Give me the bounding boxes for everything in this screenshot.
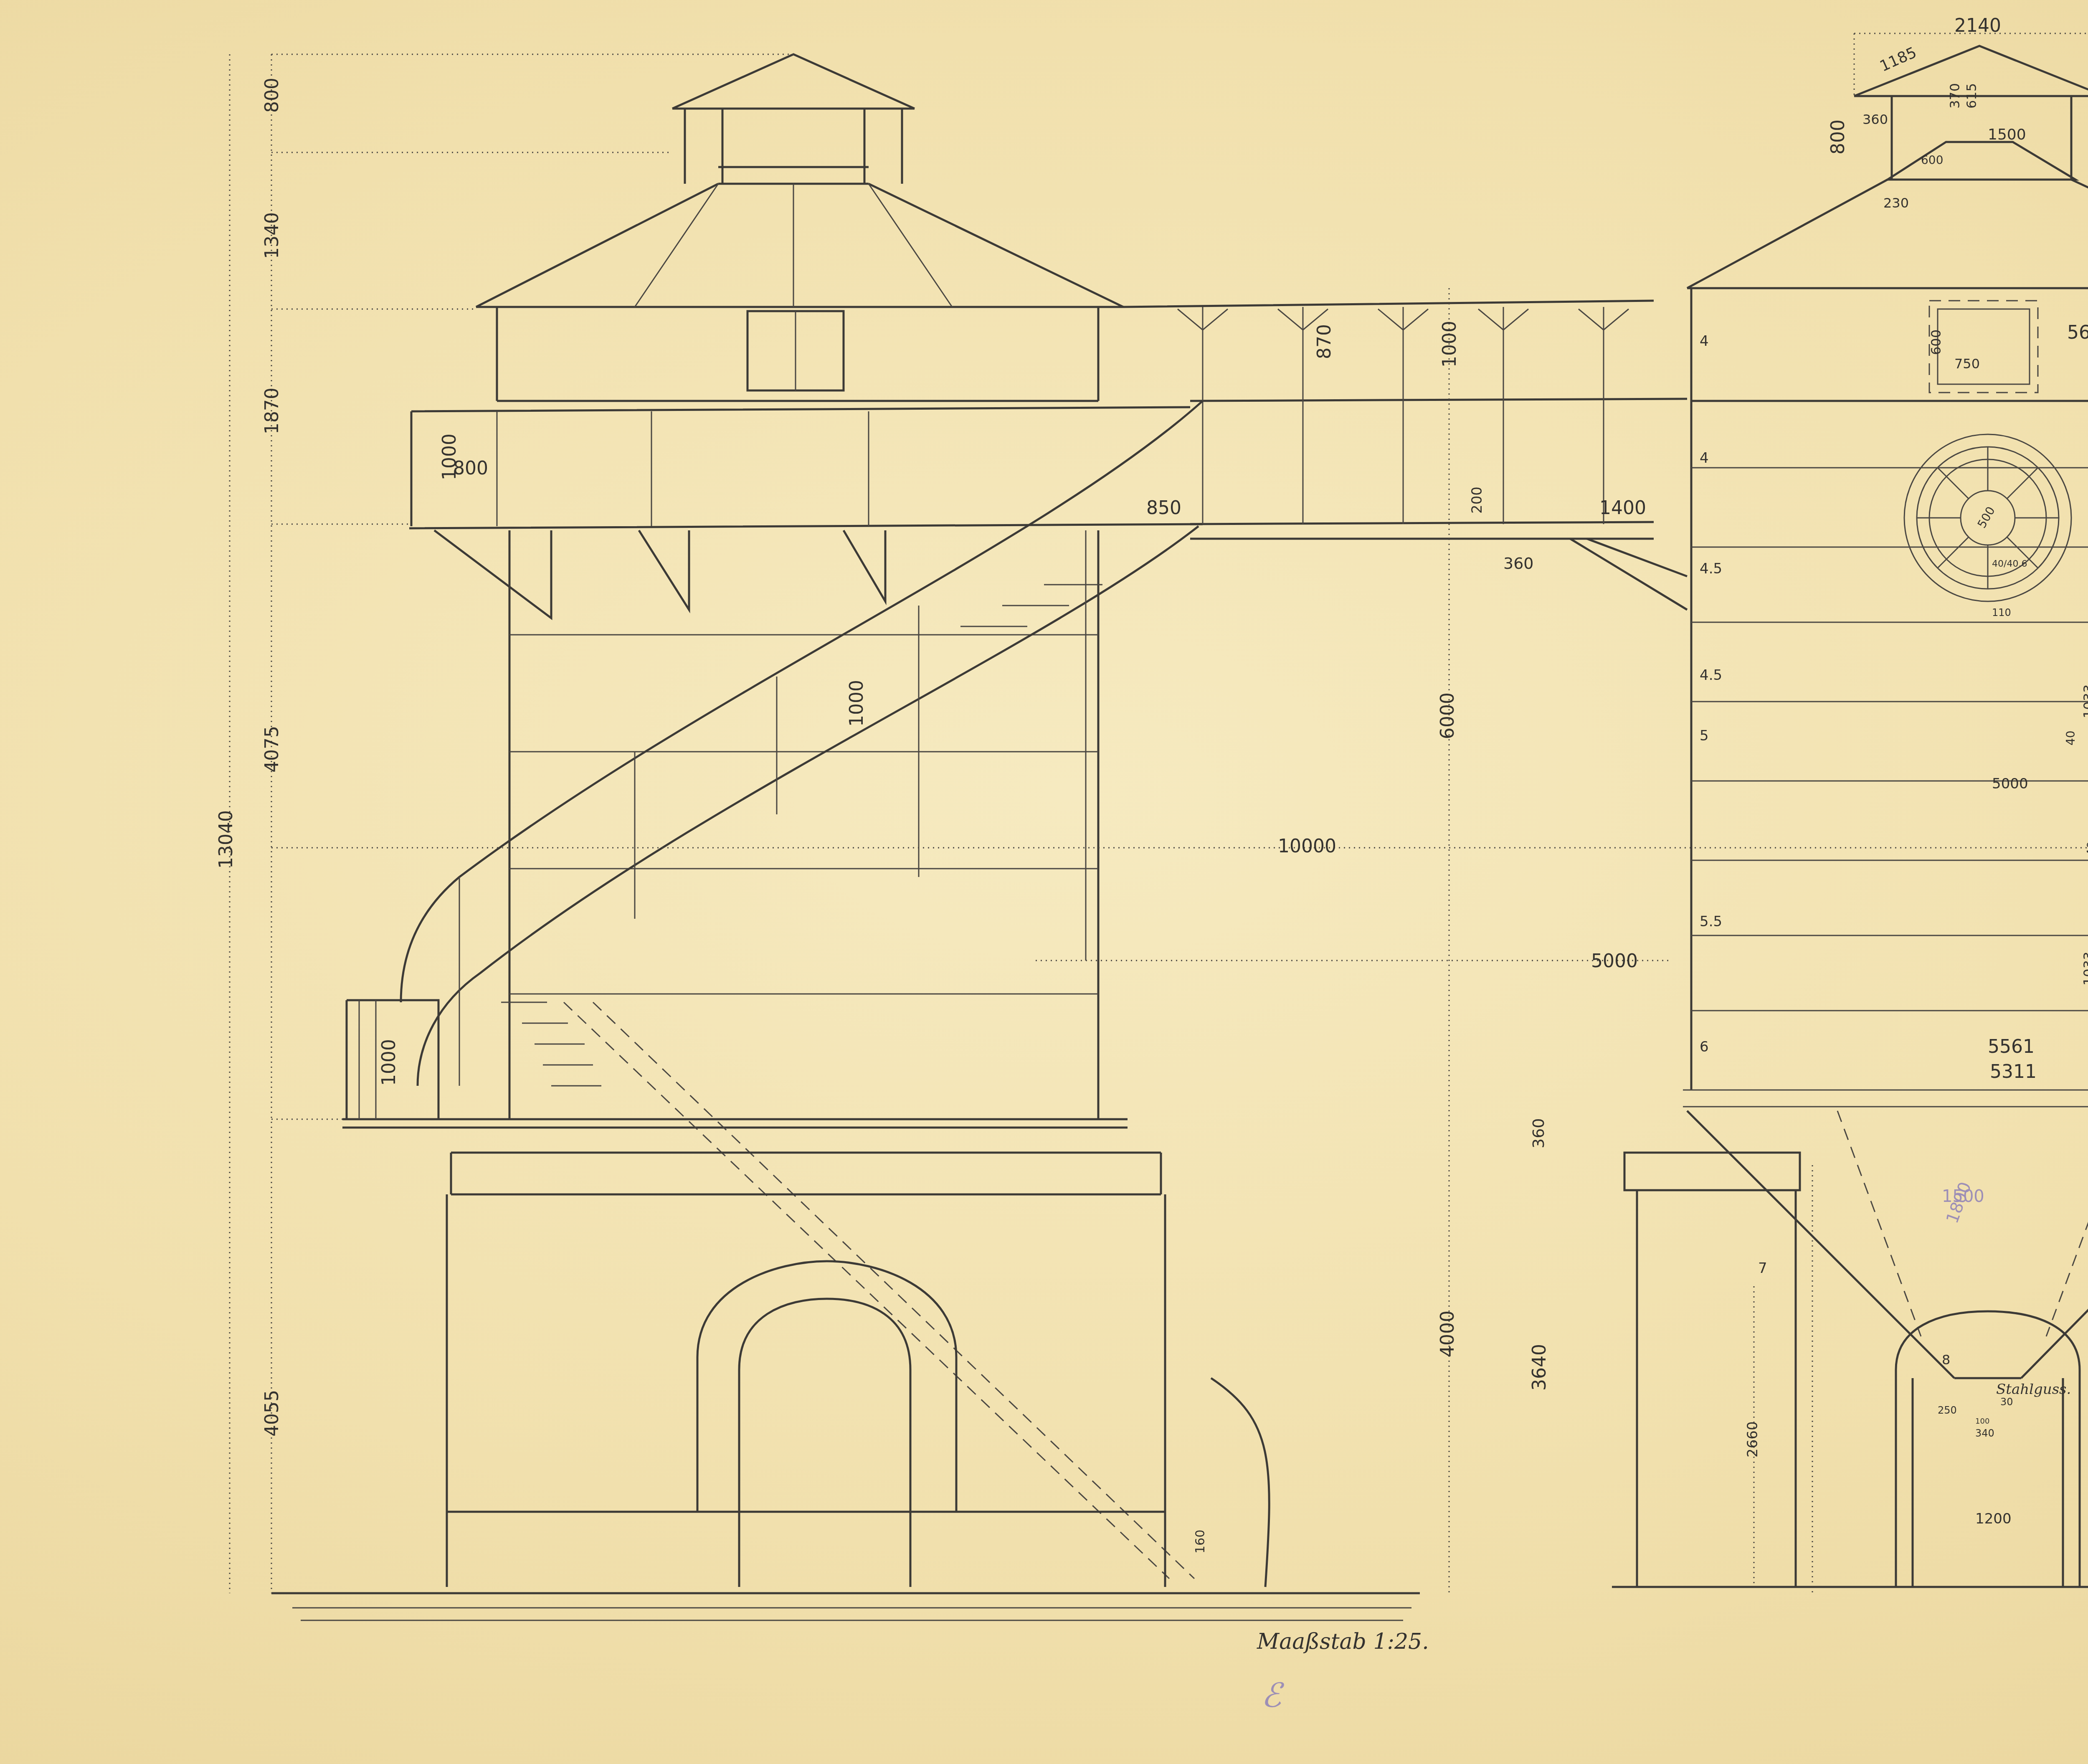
dim-lantern-height: 800: [263, 78, 281, 113]
dim-bracket-length: 360: [1503, 555, 1534, 571]
dim-gallery-height: 1870: [263, 388, 281, 434]
wall-thickness-3: 4.5: [1700, 562, 1722, 576]
outlet-dim-340: 340: [1975, 1428, 1994, 1438]
dim-roof-height: 1340: [263, 212, 281, 259]
dim-stair-rise: 1000: [848, 680, 866, 727]
dim-walkway-rail: 870: [1315, 324, 1334, 359]
dim-base-height: 4055: [263, 1390, 281, 1437]
dim-hatch-height: 600: [1929, 329, 1943, 355]
dim-walkway-length: 1400: [1599, 499, 1646, 517]
dim-lantern-base: 600: [1921, 155, 1943, 166]
wall-thickness-7: 6: [1700, 1040, 1709, 1054]
cone-thickness: 7: [1758, 1261, 1767, 1275]
wall-thickness-5: 5: [1700, 729, 1709, 743]
dim-ring-pitch-2: 1033: [2082, 952, 2088, 986]
dim-bottom-outer: 5561: [1988, 1038, 2035, 1056]
outlet-dim-30: 30: [2000, 1397, 2013, 1407]
dim-lantern-height: 800: [1829, 119, 1847, 155]
dim-pier-3640: 3640: [1531, 1344, 1549, 1391]
dim-lantern-inner: 1500: [1988, 127, 2026, 142]
dim-tank-height: 4075: [263, 726, 281, 773]
dim-bottom-inner: 5311: [1990, 1063, 2037, 1081]
dim-ring-pitch: 1033: [2082, 684, 2088, 718]
dim-outlet-opening: 1200: [1975, 1512, 2012, 1526]
elevation-drawing: [0, 0, 2088, 1764]
dim-ring-gap-2: 40: [2086, 841, 2088, 856]
dim-base-4000: 4000: [1439, 1310, 1457, 1357]
dim-walkway-depth: 200: [1470, 487, 1484, 514]
dim-lantern-eave: 360: [1862, 113, 1888, 126]
dim-lantern-skirt: 230: [1883, 196, 1909, 210]
outlet-dim-250: 250: [1938, 1405, 1957, 1415]
wall-thickness-2: 4: [1700, 451, 1709, 465]
dim-wheel-angle: 40/40.6: [1992, 560, 2027, 569]
scale-label: Maaßstab 1:25.: [1257, 1631, 1429, 1652]
signature: ℰ: [1261, 1679, 1281, 1712]
material-note: Stahlguss.: [1996, 1382, 2071, 1396]
dim-tank-6000: 6000: [1439, 692, 1457, 739]
dim-pier-top: 360: [1531, 1118, 1546, 1148]
dim-overall-height: 13040: [217, 810, 236, 869]
dim-walkway-rail-2: 1000: [1441, 321, 1459, 367]
dim-hatch-width: 750: [1954, 357, 1980, 370]
dim-bottom-step: 160: [1194, 1530, 1207, 1554]
dim-lantern-rise-2: 615: [1965, 83, 1978, 109]
dim-pier-2660: 2660: [1746, 1421, 1760, 1457]
pencil-note-1500: 1500: [1942, 1188, 1984, 1205]
wall-thickness-4: 4.5: [1700, 668, 1722, 682]
dim-lantern-rise-1: 370: [1948, 83, 1961, 109]
dim-railing-spacing: 800: [453, 459, 488, 478]
dim-lantern-width: 2140: [1954, 17, 2001, 35]
dim-lower-railing: 1000: [380, 1039, 398, 1086]
dim-half-width: 5000: [1591, 952, 1638, 971]
dim-wheel-spoke: 110: [1992, 608, 2011, 618]
outlet-dim-100: 100: [1975, 1418, 1989, 1425]
dim-ring-gap: 40: [2065, 730, 2077, 745]
dim-span: 10000: [1278, 837, 1336, 856]
wall-thickness-6: 5.5: [1700, 915, 1722, 929]
dim-roof-width: 5640: [2067, 324, 2088, 342]
dim-tank-width: 5000: [1992, 777, 2028, 791]
dim-stair-landing: 850: [1146, 499, 1181, 517]
cone-thickness-2: 8: [1942, 1353, 1950, 1366]
wall-thickness-1: 4: [1700, 334, 1709, 348]
